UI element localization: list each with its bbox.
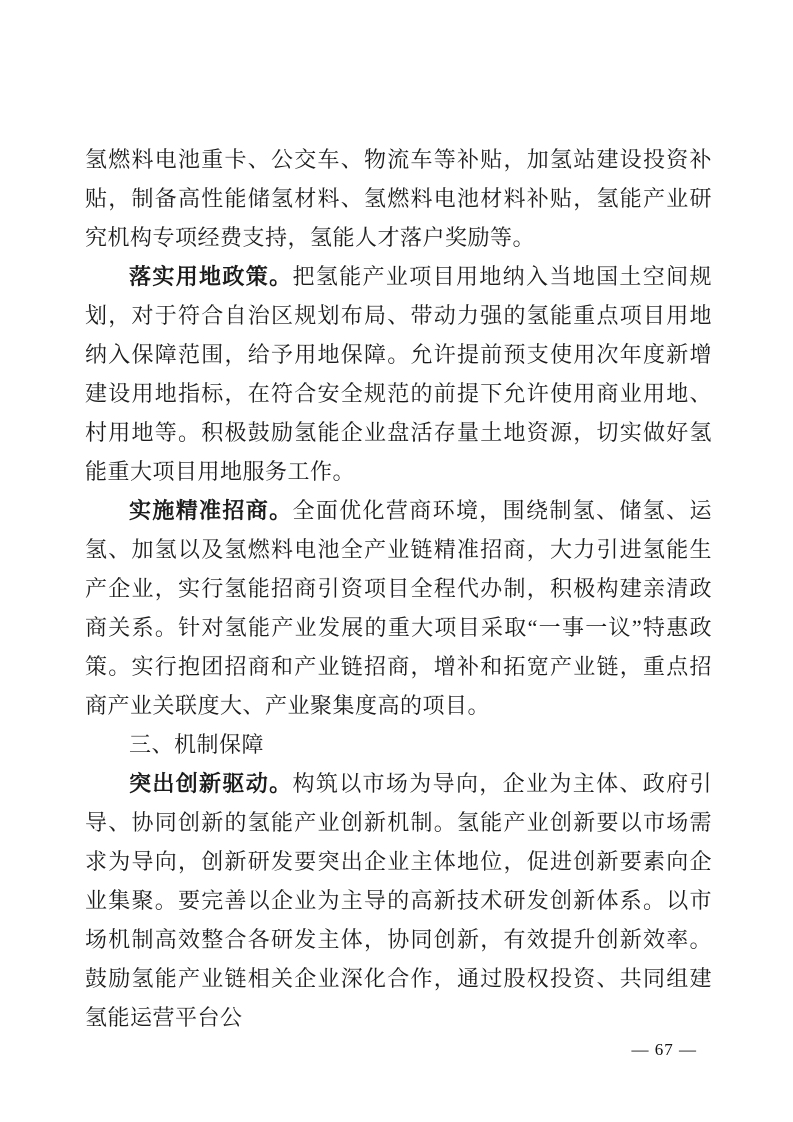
paragraph: 突出创新驱动。构筑以市场为导向，企业为主体、政府引导、协同创新的氢能产业创新机制…: [85, 764, 712, 1037]
paragraph: 氢燃料电池重卡、公交车、物流车等补贴，加氢站建设投资补贴，制备高性能储氢材料、氢…: [85, 140, 712, 257]
paragraph: 落实用地政策。把氢能产业项目用地纳入当地国土空间规划，对于符合自治区规划布局、带…: [85, 257, 712, 491]
document-body: 氢燃料电池重卡、公交车、物流车等补贴，加氢站建设投资补贴，制备高性能储氢材料、氢…: [85, 140, 712, 1037]
paragraph-text: 把氢能产业项目用地纳入当地国土空间规划，对于符合自治区规划布局、带动力强的氢能重…: [85, 264, 712, 484]
paragraph-text: 构筑以市场为导向，企业为主体、政府引导、协同创新的氢能产业创新机制。氢能产业创新…: [85, 771, 712, 1030]
document-page: 氢燃料电池重卡、公交车、物流车等补贴，加氢站建设投资补贴，制备高性能储氢材料、氢…: [0, 0, 793, 1122]
paragraph-text: 全面优化营商环境，围绕制氢、储氢、运氢、加氢以及氢燃料电池全产业链精准招商，大力…: [85, 498, 712, 718]
page-number: — 67 —: [632, 1040, 698, 1060]
paragraph-lead: 突出创新驱动。: [129, 771, 292, 796]
paragraph: 实施精准招商。全面优化营商环境，围绕制氢、储氢、运氢、加氢以及氢燃料电池全产业链…: [85, 491, 712, 725]
section-heading-text: 三、机制保障: [129, 732, 264, 757]
paragraph-lead: 实施精准招商。: [129, 498, 292, 523]
section-heading: 三、机制保障: [85, 725, 712, 764]
paragraph-text: 氢燃料电池重卡、公交车、物流车等补贴，加氢站建设投资补贴，制备高性能储氢材料、氢…: [85, 147, 712, 250]
paragraph-lead: 落实用地政策。: [129, 264, 292, 289]
